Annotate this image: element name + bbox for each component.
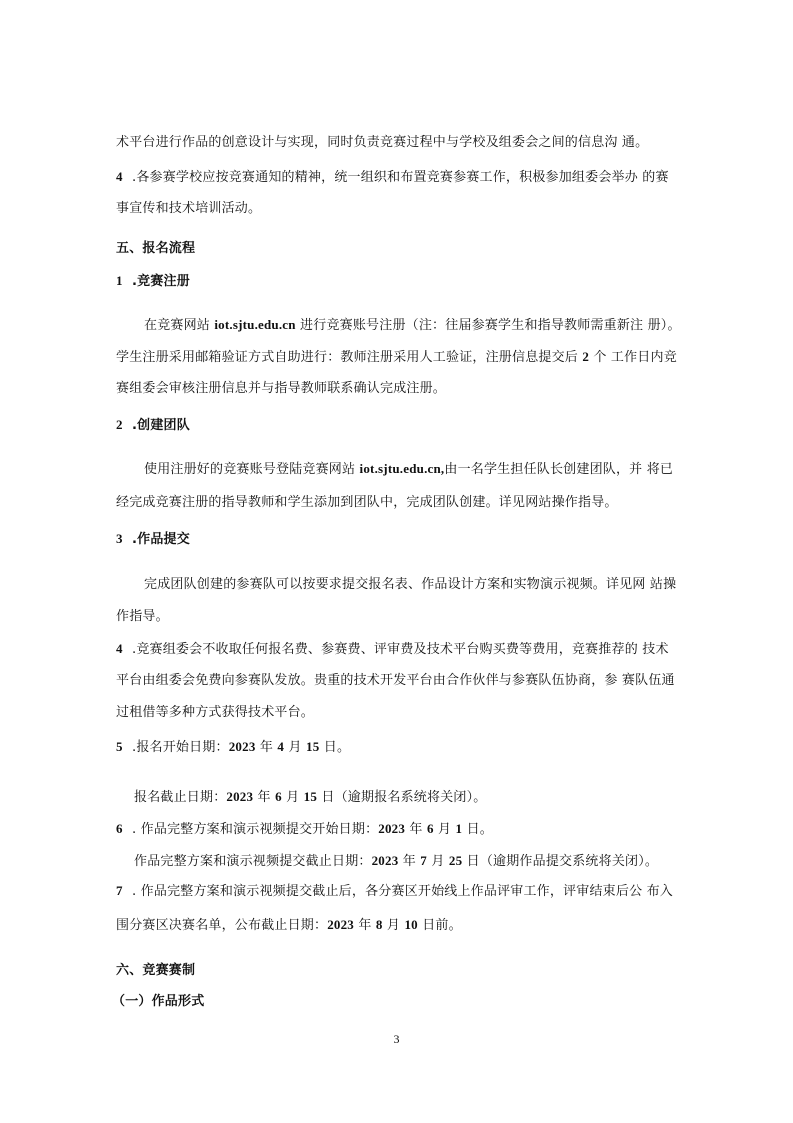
year: 2023 [378, 821, 405, 836]
text: 作品完整方案和演示视频提交截止日期： [134, 854, 372, 869]
text: 日（逾期作品提交系统将关闭）。 [462, 854, 658, 869]
text: 日。 [319, 740, 350, 755]
list-text: .各参赛学校应按竞赛通知的精神，统一组织和布置竞赛参赛工作，积极参加组委会举办 … [132, 170, 669, 185]
year: 2023 [372, 853, 399, 868]
paragraph-line: 经完成竞赛注册的指导教师和学生添加到团队中，完成团队创建。详见网站操作指导。 [116, 494, 618, 512]
text: 学生注册采用邮箱验证方式自助进行：教师注册采用人工验证，注册信息提交后 [116, 350, 582, 365]
text: 报名截止日期： [134, 790, 226, 805]
paragraph-line: 赛组委会审核注册信息并与指导教师联系确认完成注册。 [116, 380, 446, 398]
text: 月 [383, 918, 405, 933]
text: 日。 [462, 822, 493, 837]
text: 进行竞赛账号注册（注：往届参赛学生和指导教师需重新注 册）。 [296, 318, 681, 333]
paragraph-line: 学生注册采用邮箱验证方式自助进行：教师注册采用人工验证，注册信息提交后 2 个 … [116, 348, 677, 367]
year: 2023 [327, 917, 354, 932]
list-number: 5 [116, 738, 132, 756]
text: 年 [405, 822, 427, 837]
list-item-7: 7. 作品完整方案和演示视频提交截止后，各分赛区开始线上作品评审工作，评审结束后… [116, 882, 673, 901]
list-text: .竞赛组委会不收取任何报名费、参赛费、评审费及技术平台购买费等费用，竞赛推荐的 … [132, 642, 669, 657]
text: 日前。 [418, 918, 462, 933]
website-link[interactable]: iot.sjtu.edu.cn, [360, 461, 445, 476]
text: 个 工作日内竞 [589, 350, 677, 365]
list-item-5: 5.报名开始日期：2023 年 4 月 15 日。 [116, 738, 350, 757]
subheading-2: 2.创建团队 [116, 416, 190, 435]
text: 年 [398, 854, 420, 869]
text: 在竞赛网站 [144, 318, 214, 333]
year: 2023 [226, 789, 253, 804]
month: 7 [420, 853, 427, 868]
text: 使用注册好的竞赛账号登陆竞赛网站 [144, 462, 360, 477]
text: 围分赛区决赛名单，公布截止日期： [116, 918, 327, 933]
day: 15 [306, 739, 319, 754]
list-number: 4 [116, 640, 132, 658]
section-heading-5: 五、报名流程 [116, 240, 195, 258]
year: 2023 [229, 739, 256, 754]
subheading-text: .竞赛注册 [132, 274, 190, 289]
month: 8 [376, 917, 383, 932]
text: 月 [427, 854, 449, 869]
month: 6 [427, 821, 434, 836]
text: . 作品完整方案和演示视频提交开始日期： [132, 822, 378, 837]
paragraph-line: 围分赛区决赛名单，公布截止日期：2023 年 8 月 10 日前。 [116, 916, 462, 935]
text: 月 [282, 790, 304, 805]
subheading-text: .创建团队 [132, 418, 190, 433]
day: 10 [404, 917, 417, 932]
paragraph-line: 完成团队创建的参赛队可以按要求提交报名表、作品设计方案和实物演示视频。详见网 站… [144, 576, 676, 594]
paragraph-line: 作品完整方案和演示视频提交截止日期：2023 年 7 月 25 日（逾期作品提交… [134, 852, 658, 871]
day: 25 [449, 853, 462, 868]
paragraph-line: 过租借等多种方式获得技术平台。 [116, 704, 314, 722]
text: 月 [284, 740, 306, 755]
list-number: 1 [116, 272, 132, 290]
subheading-1: 1.竞赛注册 [116, 272, 190, 291]
list-number: 7 [116, 882, 132, 900]
text: 日（逾期报名系统将关闭）。 [317, 790, 486, 805]
list-item-4: 4.各参赛学校应按竞赛通知的精神，统一组织和布置竞赛参赛工作，积极参加组委会举办… [116, 168, 669, 187]
website-link[interactable]: iot.sjtu.edu.cn [214, 317, 295, 332]
paragraph-line: 平台由组委会免费向参赛队发放。贵重的技术开发平台由合作伙伴与参赛队伍协商，参 赛… [116, 672, 675, 690]
paragraph-line: 在竞赛网站 iot.sjtu.edu.cn 进行竞赛账号注册（注：往届参赛学生和… [144, 316, 681, 335]
subheading-3: 3.作品提交 [116, 530, 190, 549]
text: .报名开始日期： [132, 740, 229, 755]
list-number: 4 [116, 168, 132, 186]
list-text: . 作品完整方案和演示视频提交截止后，各分赛区开始线上作品评审工作，评审结束后公… [132, 884, 673, 899]
section-heading-6: 六、竞赛赛制 [116, 962, 195, 980]
paragraph-line: 事宣传和技术培训活动。 [116, 200, 261, 218]
paragraph-line: 术平台进行作品的创意设计与实现，同时负责竞赛过程中与学校及组委会之间的信息沟 通… [116, 134, 648, 152]
list-number: 2 [116, 416, 132, 434]
page-number: 3 [0, 1032, 793, 1047]
paragraph-line: 作指导。 [116, 608, 169, 626]
text: 月 [434, 822, 456, 837]
text: 年 [256, 740, 278, 755]
paragraph-line: 使用注册好的竞赛账号登陆竞赛网站 iot.sjtu.edu.cn,由一名学生担任… [144, 460, 673, 479]
paragraph-line: 报名截止日期：2023 年 6 月 15 日（逾期报名系统将关闭）。 [134, 788, 487, 807]
list-item-4: 4.竞赛组委会不收取任何报名费、参赛费、评审费及技术平台购买费等费用，竞赛推荐的… [116, 640, 669, 659]
text: 年 [253, 790, 275, 805]
text: 由一名学生担任队长创建团队，并 将已 [444, 462, 673, 477]
list-number: 6 [116, 820, 132, 838]
month: 6 [275, 789, 282, 804]
list-item-6: 6. 作品完整方案和演示视频提交开始日期：2023 年 6 月 1 日。 [116, 820, 493, 839]
subsection-heading-1: （一）作品形式 [112, 993, 204, 1011]
day: 15 [304, 789, 317, 804]
subheading-text: .作品提交 [132, 532, 190, 547]
list-number: 3 [116, 530, 132, 548]
text: 年 [354, 918, 376, 933]
